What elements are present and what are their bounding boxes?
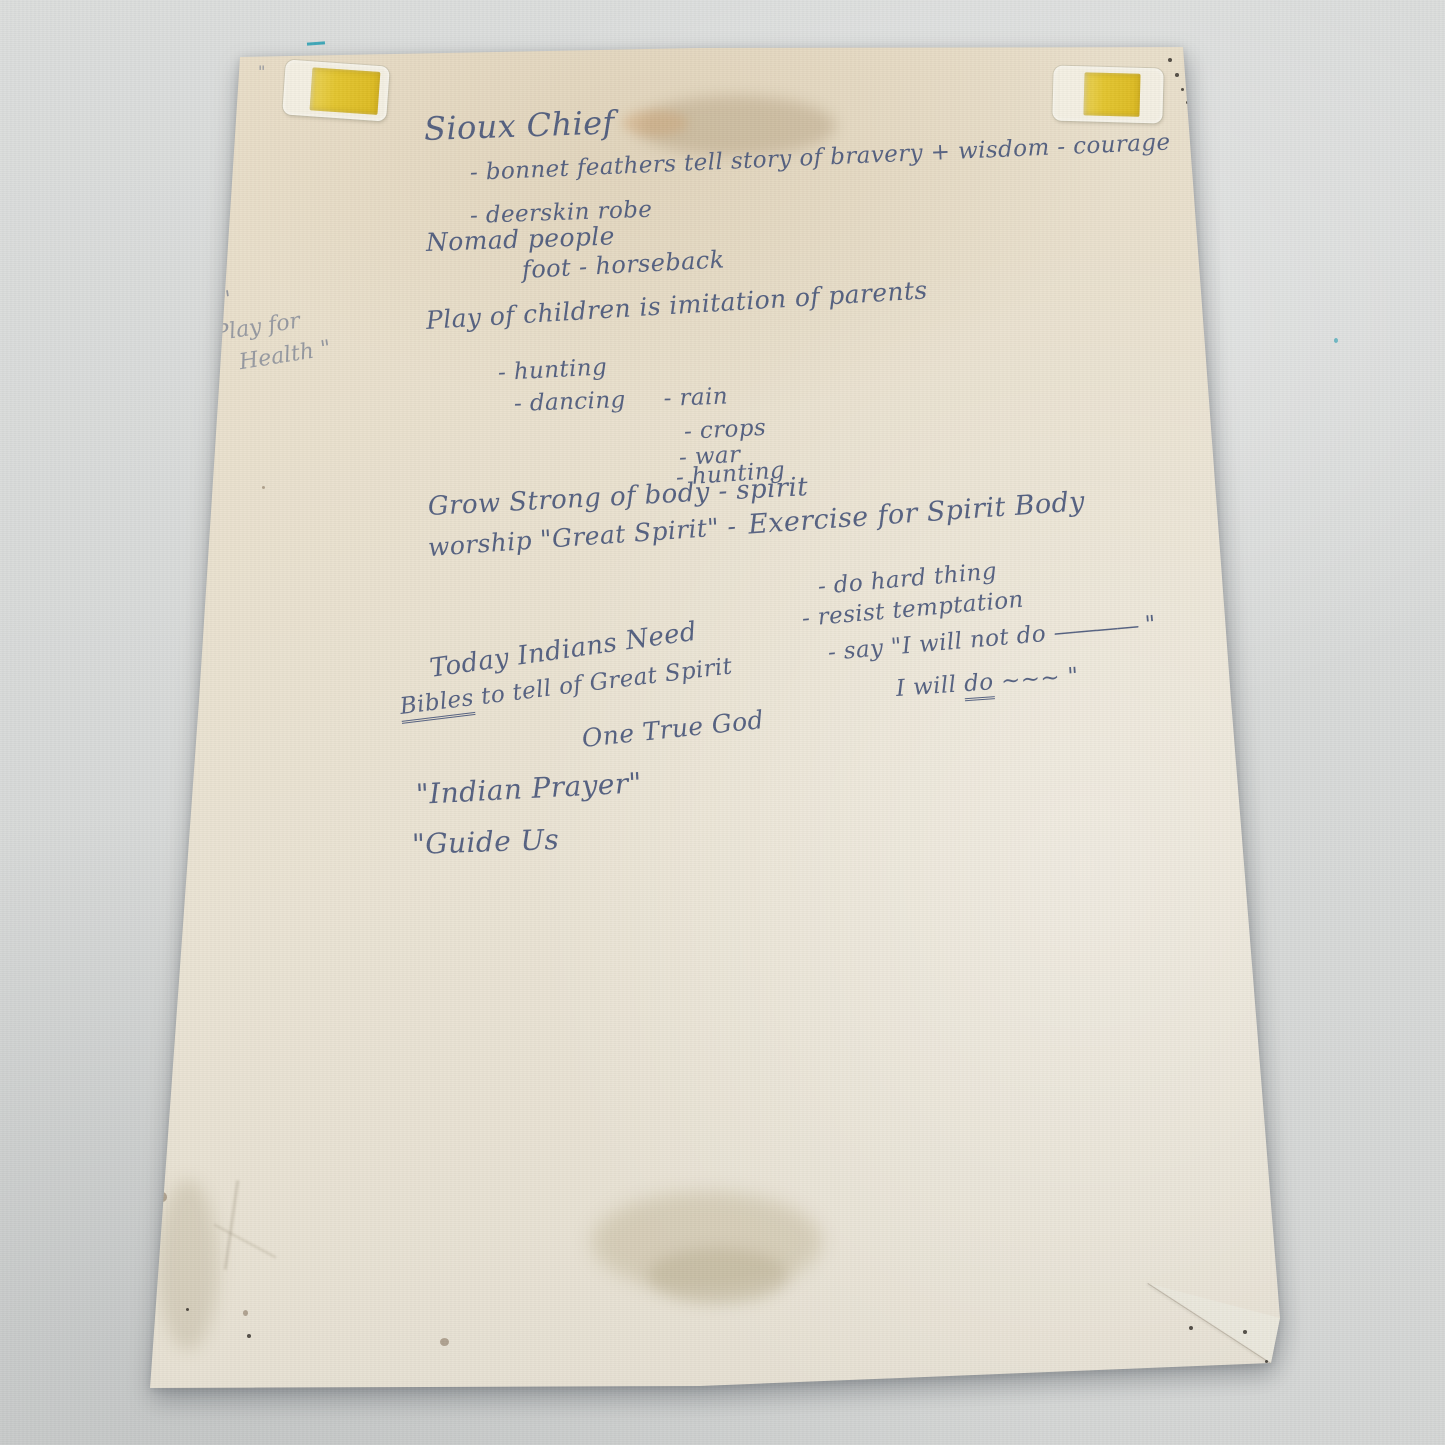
i-will-text: I will [895, 672, 957, 702]
stain-bottom-center-2 [648, 1248, 788, 1304]
speck [1181, 88, 1184, 91]
speck [1168, 58, 1172, 62]
wavy-line: ~~~ [1000, 665, 1061, 695]
closing-quote: " [1067, 663, 1080, 690]
stain-top-center-tinge [622, 110, 688, 136]
paper-sheet: Sioux Chief - bonnet feathers tell story… [0, 0, 1445, 1445]
speck [262, 486, 265, 489]
handwritten-line-dancing-rain: - dancing- rain [514, 384, 729, 417]
speck [1265, 1360, 1268, 1363]
handwritten-line-crops: - crops [683, 415, 766, 445]
handwritten-line-one-true-god: One True God [580, 705, 765, 753]
tape-left-yellow-residue [310, 67, 381, 115]
stain-bottom-center [592, 1192, 822, 1292]
closing-quote: " [1144, 611, 1157, 638]
tape-left [282, 59, 390, 121]
dancing-text: - dancing [514, 387, 627, 417]
handwritten-line-play-of-children: Play of children is imitation of parents [425, 275, 928, 335]
stain-left-edge [158, 1180, 218, 1350]
handwritten-title: Sioux Chief [423, 103, 615, 148]
say-text: - say "I will not do [827, 621, 1047, 666]
paper-crease [214, 1224, 277, 1259]
rain-text: - rain [663, 384, 728, 412]
handwritten-line-guide-us: "Guide Us [411, 823, 559, 861]
speck [440, 1338, 449, 1346]
speck [158, 1192, 167, 1202]
handwritten-line-hunting-1: - hunting [497, 354, 607, 386]
do-underlined: do [963, 669, 994, 701]
tape-right [1052, 66, 1163, 124]
speck [1243, 1330, 1247, 1334]
long-dash: ———— [1052, 613, 1138, 646]
speck [1436, 1372, 1439, 1375]
handwritten-line-i-will-do: I will do ~~~ " [895, 663, 1079, 702]
spacing [626, 406, 664, 407]
paper-crease [224, 1180, 239, 1270]
margin-note-play-for-health: " Play for Health " [207, 270, 333, 382]
handwritten-line-indian-prayer: "Indian Prayer" [415, 766, 642, 811]
speck [186, 1308, 189, 1311]
bibles-underlined: Bibles [398, 685, 475, 724]
speck [243, 1310, 248, 1316]
tape-right-yellow-residue [1083, 72, 1140, 116]
photo-of-handwritten-note: Sioux Chief - bonnet feathers tell story… [0, 0, 1445, 1445]
stray-quote-mark: " [258, 62, 266, 81]
paper-shadow: Sioux Chief - bonnet feathers tell story… [0, 0, 1445, 1445]
speck [206, 484, 209, 487]
speck [1186, 101, 1189, 104]
speck [247, 1334, 251, 1338]
teal-speck-background [1334, 338, 1338, 343]
speck [1175, 73, 1179, 77]
speck [1189, 1326, 1193, 1330]
